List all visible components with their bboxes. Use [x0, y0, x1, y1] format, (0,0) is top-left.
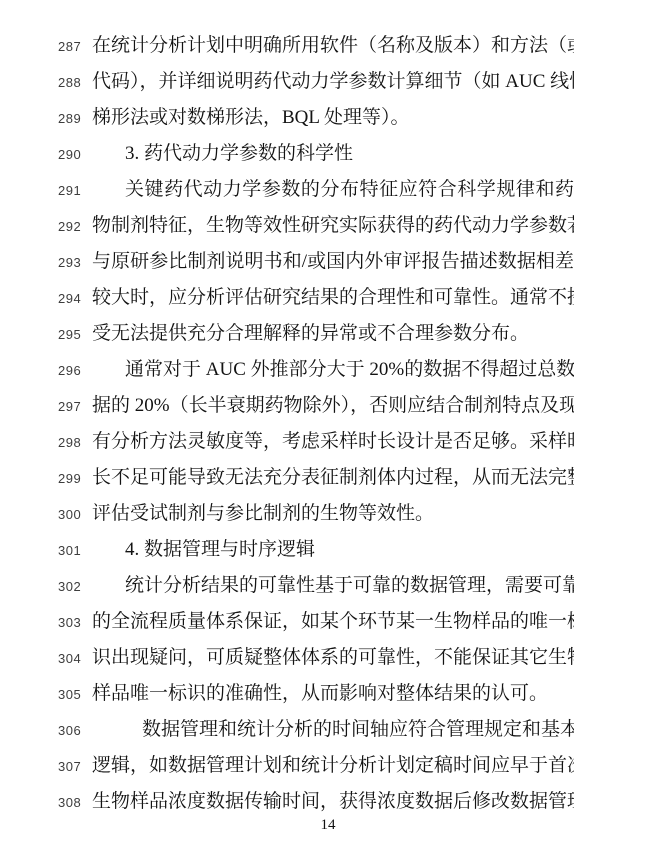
- document-line: 295 受无法提供充分合理解释的异常或不合理参数分布。: [0, 316, 656, 352]
- line-text: 受无法提供充分合理解释的异常或不合理参数分布。: [92, 322, 574, 346]
- line-text: 数据管理和统计分析的时间轴应符合管理规定和基本: [92, 718, 574, 742]
- document-line: 296 通常对于 AUC 外推部分大于 20%的数据不得超过总数: [0, 352, 656, 388]
- line-number: 287: [58, 39, 92, 54]
- line-number: 301: [58, 543, 92, 558]
- line-number: 303: [58, 615, 92, 630]
- line-number: 297: [58, 399, 92, 414]
- document-line: 291 关键药代动力学参数的分布特征应符合科学规律和药: [0, 172, 656, 208]
- line-text: 识出现疑问，可质疑整体体系的可靠性，不能保证其它生物: [92, 646, 574, 670]
- document-line: 302 统计分析结果的可靠性基于可靠的数据管理，需要可靠: [0, 568, 656, 604]
- document-line: 305 样品唯一标识的准确性，从而影响对整体结果的认可。: [0, 676, 656, 712]
- document-line: 289 梯形法或对数梯形法，BQL 处理等）。: [0, 100, 656, 136]
- page-number: 14: [0, 817, 656, 834]
- line-number: 291: [58, 183, 92, 198]
- line-text: 逻辑，如数据管理计划和统计分析计划定稿时间应早于首次: [92, 754, 574, 778]
- line-text: 梯形法或对数梯形法，BQL 处理等）。: [92, 106, 574, 130]
- line-number: 307: [58, 759, 92, 774]
- line-number: 294: [58, 291, 92, 306]
- document-line: 298 有分析方法灵敏度等，考虑采样时长设计是否足够。采样时: [0, 424, 656, 460]
- line-text: 关键药代动力学参数的分布特征应符合科学规律和药: [92, 178, 574, 202]
- document-line: 297 据的 20%（长半衰期药物除外），否则应结合制剂特点及现: [0, 388, 656, 424]
- line-number: 308: [58, 795, 92, 810]
- line-number: 299: [58, 471, 92, 486]
- line-text: 与原研参比制剂说明书和/或国内外审评报告描述数据相差: [92, 250, 574, 274]
- line-number: 295: [58, 327, 92, 342]
- line-text: 通常对于 AUC 外推部分大于 20%的数据不得超过总数: [92, 358, 574, 382]
- line-number: 302: [58, 579, 92, 594]
- document-line: 306 数据管理和统计分析的时间轴应符合管理规定和基本: [0, 712, 656, 748]
- document-line: 303 的全流程质量体系保证，如某个环节某一生物样品的唯一标: [0, 604, 656, 640]
- section-heading-text: 3. 药代动力学参数的科学性: [92, 142, 574, 166]
- line-text: 据的 20%（长半衰期药物除外），否则应结合制剂特点及现: [92, 394, 574, 418]
- document-line: 293 与原研参比制剂说明书和/或国内外审评报告描述数据相差: [0, 244, 656, 280]
- document-page: 287 在统计分析计划中明确所用软件（名称及版本）和方法（或 288 代码），并…: [0, 0, 656, 845]
- document-line: 294 较大时，应分析评估研究结果的合理性和可靠性。通常不接: [0, 280, 656, 316]
- line-text: 评估受试制剂与参比制剂的生物等效性。: [92, 502, 574, 526]
- line-text: 长不足可能导致无法充分表征制剂体内过程，从而无法完整: [92, 466, 574, 490]
- line-text: 统计分析结果的可靠性基于可靠的数据管理，需要可靠: [92, 574, 574, 598]
- line-number: 300: [58, 507, 92, 522]
- line-number: 290: [58, 147, 92, 162]
- line-number: 298: [58, 435, 92, 450]
- document-line: 292 物制剂特征，生物等效性研究实际获得的药代动力学参数若: [0, 208, 656, 244]
- document-line: 288 代码），并详细说明药代动力学参数计算细节（如 AUC 线性: [0, 64, 656, 100]
- section-heading-line: 290 3. 药代动力学参数的科学性: [0, 136, 656, 172]
- line-text: 代码），并详细说明药代动力学参数计算细节（如 AUC 线性: [92, 70, 574, 94]
- line-number: 305: [58, 687, 92, 702]
- document-line: 300 评估受试制剂与参比制剂的生物等效性。: [0, 496, 656, 532]
- line-number: 293: [58, 255, 92, 270]
- line-text: 物制剂特征，生物等效性研究实际获得的药代动力学参数若: [92, 214, 574, 238]
- line-text: 较大时，应分析评估研究结果的合理性和可靠性。通常不接: [92, 286, 574, 310]
- line-text: 有分析方法灵敏度等，考虑采样时长设计是否足够。采样时: [92, 430, 574, 454]
- line-text: 在统计分析计划中明确所用软件（名称及版本）和方法（或: [92, 34, 574, 58]
- document-line: 308 生物样品浓度数据传输时间，获得浓度数据后修改数据管理: [0, 784, 656, 820]
- section-heading-line: 301 4. 数据管理与时序逻辑: [0, 532, 656, 568]
- line-number: 306: [58, 723, 92, 738]
- line-number: 304: [58, 651, 92, 666]
- line-number: 292: [58, 219, 92, 234]
- line-text: 的全流程质量体系保证，如某个环节某一生物样品的唯一标: [92, 610, 574, 634]
- line-text: 生物样品浓度数据传输时间，获得浓度数据后修改数据管理: [92, 790, 574, 814]
- line-number: 296: [58, 363, 92, 378]
- document-line: 299 长不足可能导致无法充分表征制剂体内过程，从而无法完整: [0, 460, 656, 496]
- line-number: 288: [58, 75, 92, 90]
- document-line: 307 逻辑，如数据管理计划和统计分析计划定稿时间应早于首次: [0, 748, 656, 784]
- line-text: 样品唯一标识的准确性，从而影响对整体结果的认可。: [92, 682, 574, 706]
- document-line: 304 识出现疑问，可质疑整体体系的可靠性，不能保证其它生物: [0, 640, 656, 676]
- line-number: 289: [58, 111, 92, 126]
- document-line: 287 在统计分析计划中明确所用软件（名称及版本）和方法（或: [0, 28, 656, 64]
- section-heading-text: 4. 数据管理与时序逻辑: [92, 538, 574, 562]
